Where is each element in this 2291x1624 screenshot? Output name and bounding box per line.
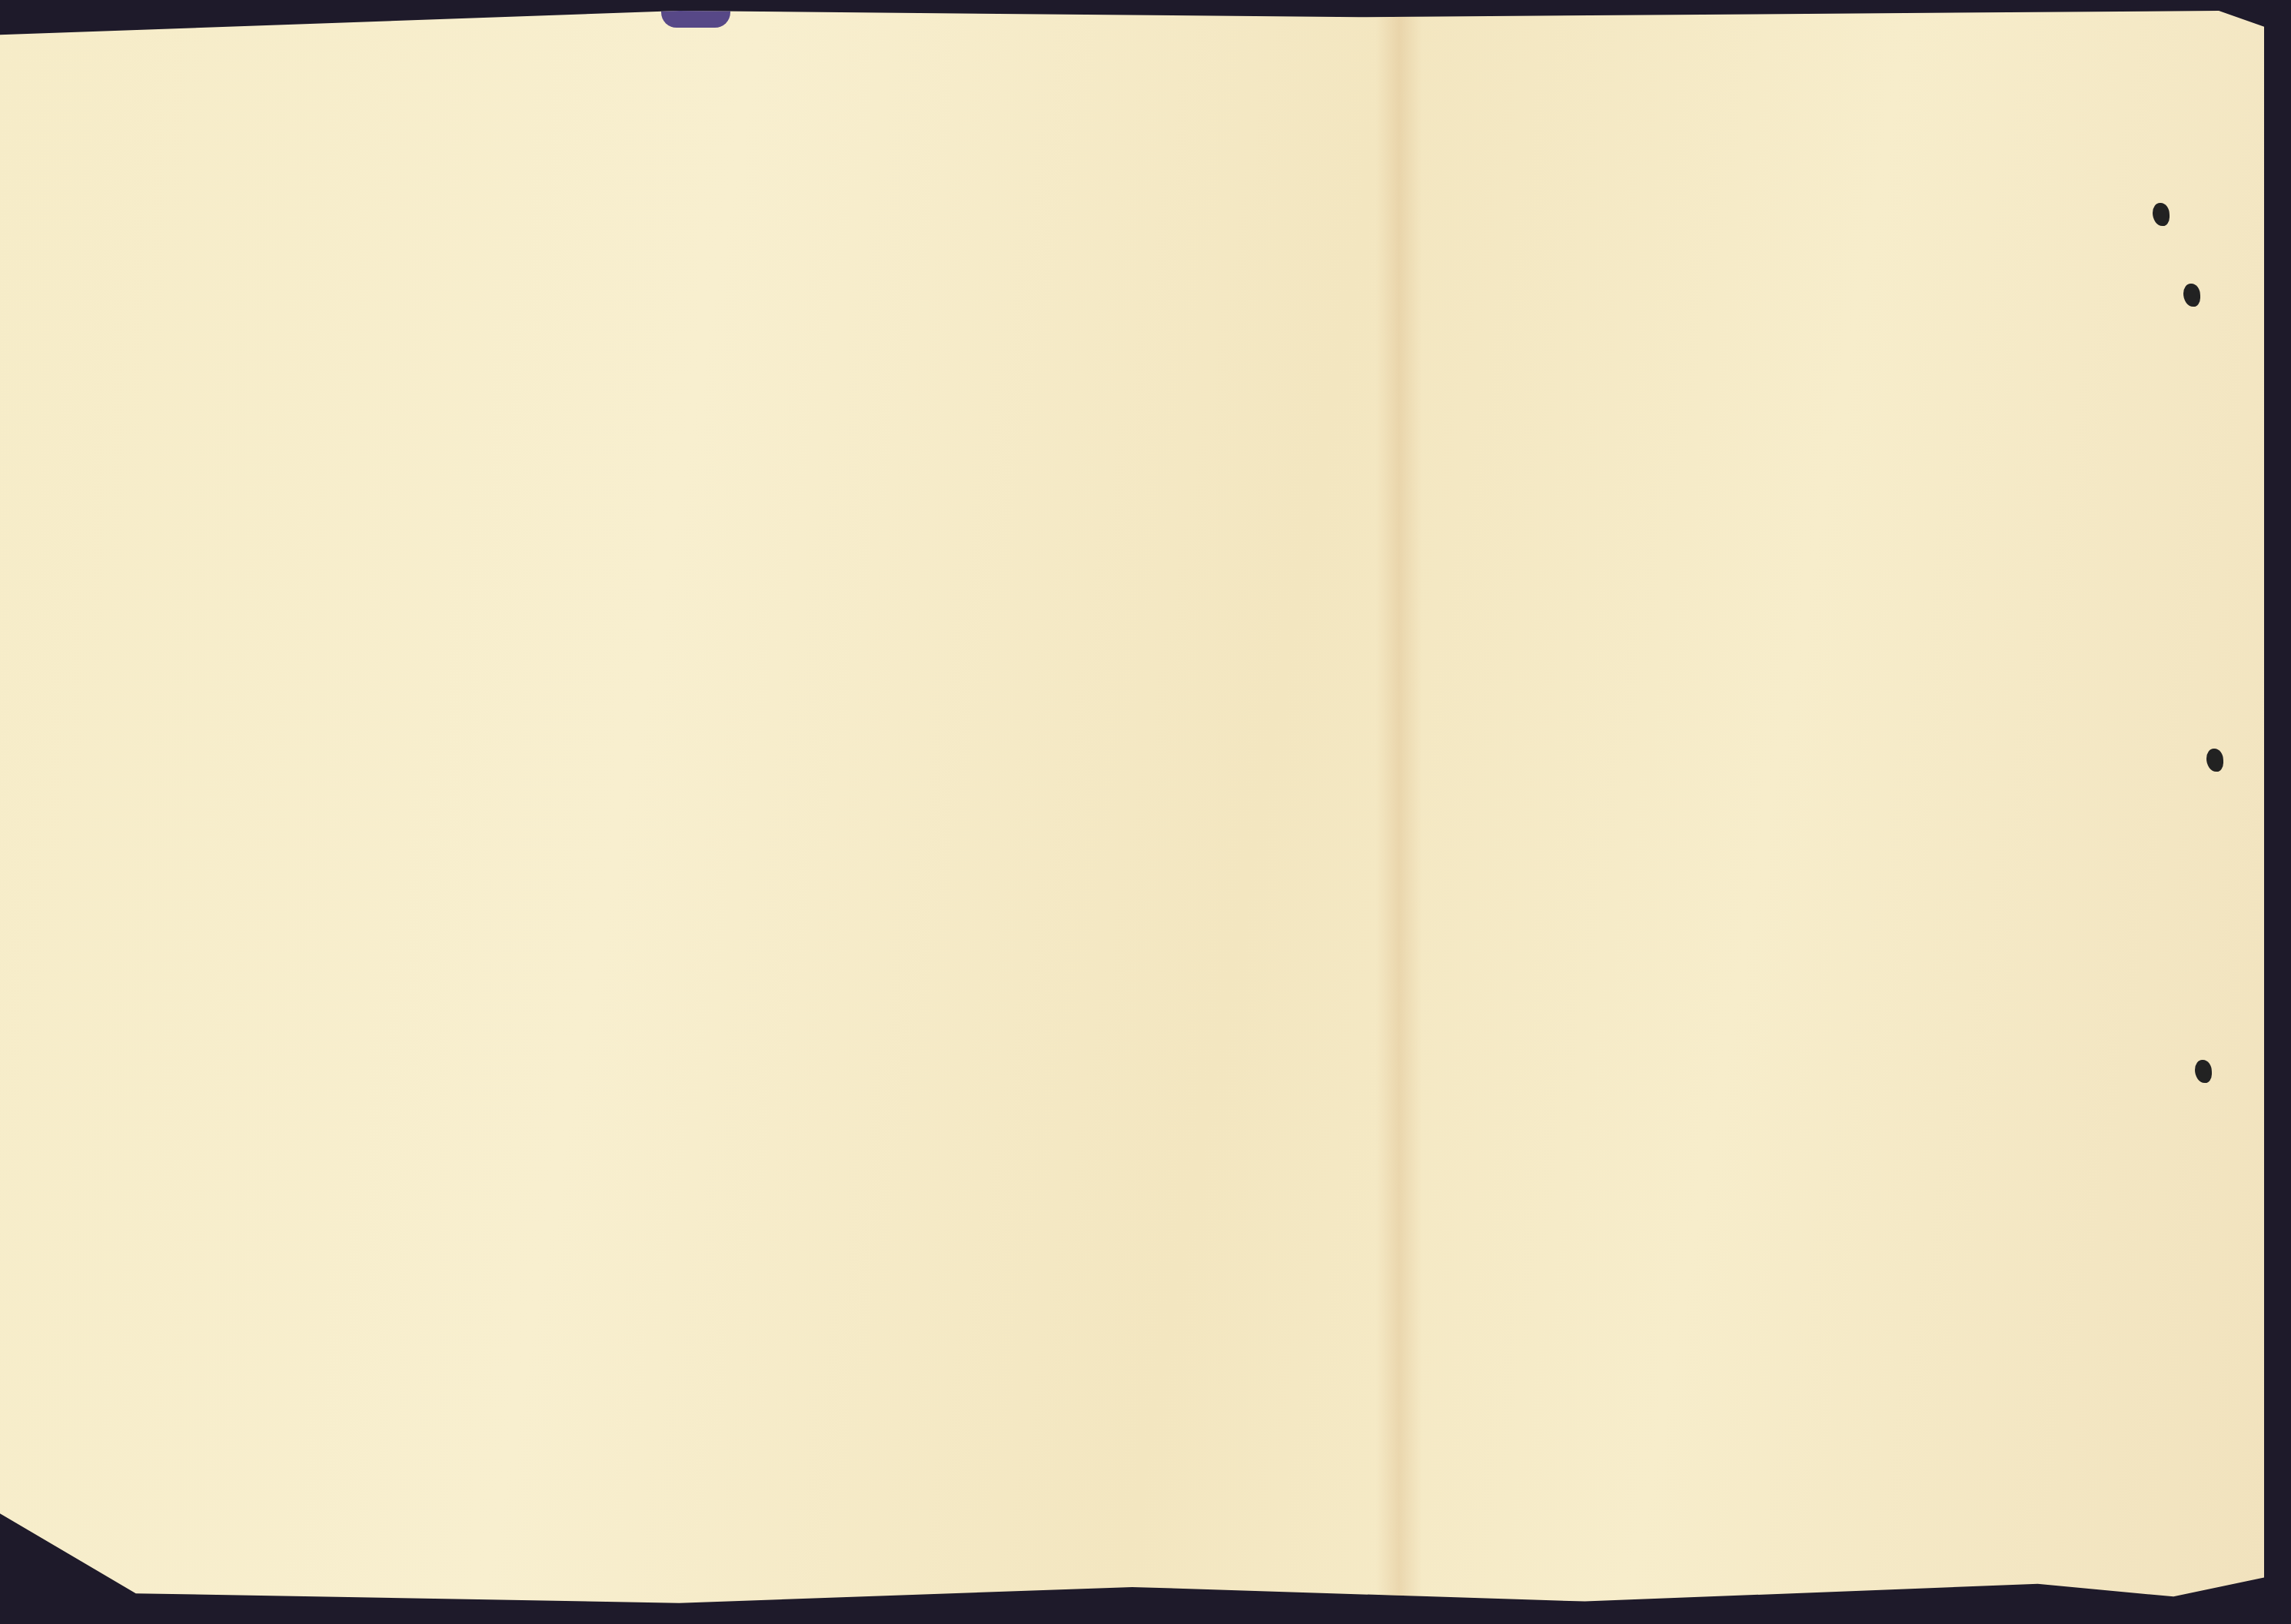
register-sheet xyxy=(0,11,2264,1609)
paper-hole xyxy=(2153,203,2170,226)
paper-hole xyxy=(2195,1060,2212,1083)
paper-fold xyxy=(1376,11,1422,1609)
paper-hole xyxy=(2206,749,2223,772)
paper-hole xyxy=(2183,284,2200,307)
ink-stain xyxy=(661,11,730,28)
